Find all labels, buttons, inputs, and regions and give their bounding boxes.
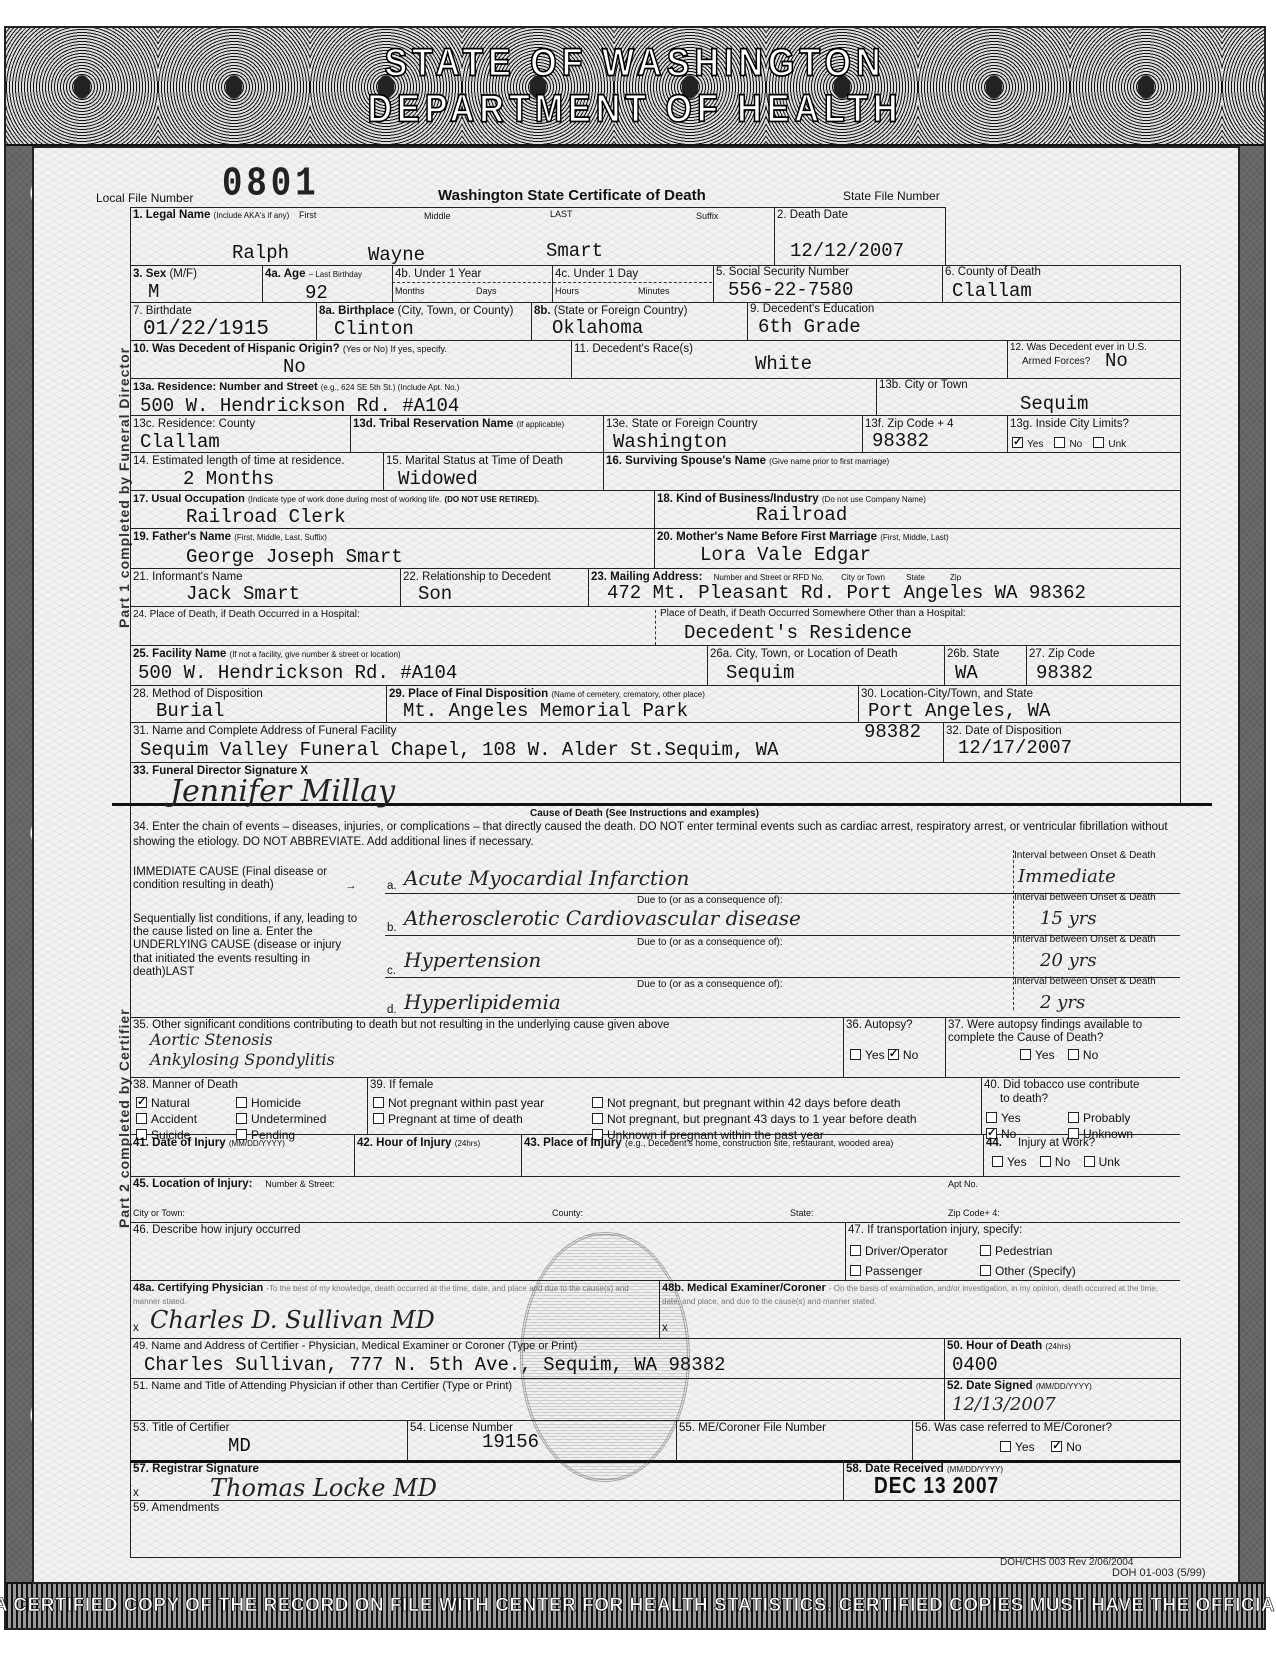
interval-b-value: 15 yrs <box>1040 908 1097 929</box>
cause-b-value: Atherosclerotic Cardiovascular disease <box>404 906 801 930</box>
marital-status-label: 15. Marital Status at Time of Death <box>386 455 563 468</box>
cause-a-value: Acute Myocardial Infarction <box>404 866 689 890</box>
hour-of-death-label: 50. Hour of Death (24hrs) <box>947 1340 1071 1353</box>
certifying-physician-signature: Charles D. Sullivan MD <box>150 1306 435 1334</box>
medical-examiner-label: 48b. Medical Examiner/Coroner - On the b… <box>662 1282 1177 1308</box>
form-number: DOH 01-003 (5/99) <box>1112 1567 1206 1579</box>
certificate-title: Washington State Certificate of Death <box>438 187 706 204</box>
death-city-value: Sequim <box>726 664 794 683</box>
birthplace-label: 8a. Birthplace (City, Town, or County) <box>319 305 514 318</box>
first-name-value: Ralph <box>232 244 289 263</box>
relationship-value: Son <box>418 585 452 604</box>
autopsy-findings-options: Yes No <box>1020 1048 1098 1062</box>
death-city-label: 26a. City, Town, or Location of Death <box>710 648 898 661</box>
state-file-label: State File Number <box>843 190 940 204</box>
inside-city-limits-options: Yes No Unk <box>1012 437 1126 450</box>
death-zip-value: 98382 <box>1036 664 1093 683</box>
city-limits-yes-checkbox[interactable]: Yes <box>1012 439 1043 450</box>
father-name-value: George Joseph Smart <box>186 548 403 567</box>
other-place-label: Place of Death, if Death Occurred Somewh… <box>660 608 966 620</box>
inside-city-limits-label: 13g. Inside City Limits? <box>1010 418 1129 431</box>
hispanic-origin-value: No <box>283 358 306 377</box>
middle-name-value: Wayne <box>368 246 425 265</box>
transportation-label: 47. If transportation injury, specify: <box>848 1224 1022 1237</box>
autopsy-options: Yes No <box>850 1048 918 1062</box>
sequential-label: Sequentially list conditions, if any, le… <box>133 913 363 979</box>
interval-c-value: 20 yrs <box>1040 950 1097 971</box>
work-unk-checkbox[interactable]: Unk <box>1084 1155 1120 1169</box>
female-options-left: Not pregnant within past year Pregnant a… <box>373 1095 544 1127</box>
certifier-title-label: 53. Title of Certifier <box>133 1422 230 1435</box>
under-1-year-label: 4b. Under 1 Year <box>395 268 481 281</box>
residence-city-label: 13b. City or Town <box>879 379 968 392</box>
registrar-signature: Thomas Locke MD <box>210 1474 437 1502</box>
disposition-place-value: Mt. Angeles Memorial Park <box>403 702 688 721</box>
findings-yes-checkbox[interactable]: Yes <box>1020 1048 1055 1062</box>
funeral-director-signature: Jennifer Millay <box>170 774 395 809</box>
disposition-method-value: Burial <box>156 702 224 721</box>
funeral-facility-label: 31. Name and Complete Address of Funeral… <box>133 725 396 738</box>
disposition-zip-value: 98382 <box>864 723 921 742</box>
cause-c-value: Hypertension <box>404 948 541 972</box>
if-female-label: 39. If female <box>370 1079 433 1092</box>
work-no-checkbox[interactable]: No <box>1040 1155 1070 1169</box>
me-referral-no-checkbox[interactable]: No <box>1051 1440 1081 1454</box>
official-seal <box>520 1232 690 1482</box>
sex-label: 3. Sex (M/F) <box>133 268 197 281</box>
sex-value: M <box>148 283 159 302</box>
work-yes-checkbox[interactable]: Yes <box>992 1155 1027 1169</box>
death-date-label: 2. Death Date <box>777 209 848 222</box>
hour-of-death-value: 0400 <box>952 1356 998 1375</box>
armed-forces-value: No <box>1105 352 1128 371</box>
hispanic-origin-label: 10. Was Decedent of Hispanic Origin? (Ye… <box>133 343 447 356</box>
age-label: 4a. Age – Last Birthday <box>265 268 362 281</box>
female-options-right: Not pregnant, but pregnant within 42 day… <box>592 1095 917 1143</box>
interval-d-value: 2 yrs <box>1040 992 1085 1013</box>
header-banner: STATE OF WASHINGTON DEPARTMENT OF HEALTH <box>6 28 1264 146</box>
me-referral-yes-checkbox[interactable]: Yes <box>1000 1440 1035 1454</box>
marital-status-value: Widowed <box>398 470 478 489</box>
residence-street-label: 13a. Residence: Number and Street (e.g.,… <box>133 381 459 394</box>
certified-copy-notice: THIS IS A CERTIFIED COPY OF THE RECORD O… <box>0 1595 1276 1617</box>
under-1-day-label: 4c. Under 1 Day <box>555 268 638 281</box>
interval-a-value: Immediate <box>1018 866 1116 887</box>
residence-street-value: 500 W. Hendrickson Rd. #A104 <box>140 397 459 416</box>
age-value: 92 <box>305 284 328 303</box>
hospital-place-label: 24. Place of Death, if Death Occurred in… <box>133 609 360 621</box>
tobacco-yes-checkbox[interactable]: Yes <box>986 1110 1068 1126</box>
attending-physician-label: 51. Name and Title of Attending Physicia… <box>133 1380 512 1393</box>
county-of-death-label: 6. County of Death <box>945 266 1041 279</box>
me-file-number-label: 55. ME/Coroner File Number <box>679 1422 826 1435</box>
zip-code-value: 98382 <box>872 432 929 451</box>
date-received-value: DEC 13 2007 <box>874 1474 999 1500</box>
pregnant-42-days-checkbox[interactable]: Not pregnant, but pregnant within 42 day… <box>592 1095 917 1111</box>
ssn-value: 556-22-7580 <box>728 281 853 300</box>
occupation-label: 17. Usual Occupation (Indicate type of w… <box>133 493 539 506</box>
tribal-reservation-label: 13d. Tribal Reservation Name (if applica… <box>353 418 564 431</box>
facility-name-label: 25. Facility Name (If not a facility, gi… <box>133 648 401 661</box>
race-label: 11. Decedent's Race(s) <box>574 343 693 356</box>
facility-name-value: 500 W. Hendrickson Rd. #A104 <box>138 664 457 683</box>
certifier-title-value: MD <box>228 1437 251 1456</box>
residence-state-value: Washington <box>613 433 727 452</box>
other-conditions-line2: Ankylosing Spondylitis <box>150 1050 335 1069</box>
residence-city-value: Sequim <box>1020 395 1088 414</box>
city-limits-no-checkbox[interactable]: No <box>1054 439 1082 450</box>
cause-instructions: 34. Enter the chain of events – diseases… <box>133 820 1183 850</box>
manner-homicide-checkbox[interactable]: Homicide <box>236 1096 301 1110</box>
pregnant-checkbox[interactable]: Pregnant at time of death <box>373 1111 544 1127</box>
other-place-value: Decedent's Residence <box>684 624 912 643</box>
disposition-location-value: Port Angeles, WA <box>868 702 1050 721</box>
date-signed-value: 12/13/2007 <box>952 1394 1056 1415</box>
findings-no-checkbox[interactable]: No <box>1068 1048 1098 1062</box>
banner-state: STATE OF WASHINGTON <box>384 37 885 90</box>
me-referral-label: 56. Was case referred to ME/Coroner? <box>915 1422 1112 1435</box>
residence-state-label: 13e. State or Foreign Country <box>606 418 758 431</box>
pedestrian-checkbox[interactable]: Pedestrian <box>980 1244 1052 1258</box>
injury-description-label: 46. Describe how injury occurred <box>133 1224 300 1237</box>
informant-name-value: Jack Smart <box>186 585 300 604</box>
business-industry-value: Railroad <box>756 506 847 525</box>
injury-hour-label: 42. Hour of Injury (24hrs) <box>357 1137 480 1150</box>
autopsy-label: 36. Autopsy? <box>846 1019 913 1032</box>
birthdate-label: 7. Birthdate <box>133 305 192 318</box>
other-conditions-line1: Aortic Stenosis <box>150 1030 273 1049</box>
tobacco-label: 40. Did tobacco use contribute <box>984 1079 1139 1092</box>
immediate-cause-label: IMMEDIATE CAUSE (Final disease or condit… <box>133 866 353 892</box>
mother-name-value: Lora Vale Edgar <box>700 546 871 565</box>
footer-band: THIS IS A CERTIFIED COPY OF THE RECORD O… <box>6 1582 1264 1628</box>
ssn-label: 5. Social Security Number <box>716 266 849 279</box>
not-pregnant-checkbox[interactable]: Not pregnant within past year <box>373 1095 544 1111</box>
legal-name-label: 1. Legal Name (Include AKA's if any) Fir… <box>133 209 316 222</box>
birthplace-value: Clinton <box>334 320 414 339</box>
funeral-facility-value: Sequim Valley Funeral Chapel, 108 W. Ald… <box>140 741 779 760</box>
time-at-residence-value: 2 Months <box>183 470 274 489</box>
mother-name-label: 20. Mother's Name Before First Marriage … <box>657 531 949 544</box>
injury-at-work-label: 44. Injury at Work? <box>986 1137 1095 1150</box>
residence-county-label: 13c. Residence: County <box>133 418 255 431</box>
tobacco-probably-checkbox[interactable]: Probably <box>1068 1111 1130 1125</box>
injury-at-work-options: Yes No Unk <box>992 1155 1120 1169</box>
manner-of-death-label: 38. Manner of Death <box>133 1079 238 1092</box>
education-label: 9. Decedent's Education <box>750 303 874 316</box>
spouse-name-label: 16. Surviving Spouse's Name (Give name p… <box>606 455 889 468</box>
mailing-address-value: 472 Mt. Pleasant Rd. Port Angeles WA 983… <box>607 584 1086 603</box>
cause-of-death-title: Cause of Death (See Instructions and exa… <box>530 808 759 820</box>
local-file-label: Local File Number <box>96 192 193 206</box>
time-at-residence-label: 14. Estimated length of time at residenc… <box>133 455 345 468</box>
education-value: 6th Grade <box>758 318 861 337</box>
last-name-value: Smart <box>546 242 603 261</box>
transportation-options: Driver/OperatorPedestrian PassengerOther… <box>850 1241 1076 1281</box>
birth-state-value: Oklahoma <box>552 319 643 338</box>
passenger-checkbox[interactable]: Passenger <box>850 1261 980 1281</box>
death-date-value: 12/12/2007 <box>790 242 904 261</box>
other-transport-checkbox[interactable]: Other (Specify) <box>980 1264 1076 1278</box>
amendments-label: 59. Amendments <box>133 1502 219 1515</box>
county-of-death-value: Clallam <box>952 282 1032 301</box>
birthdate-value: 01/22/1915 <box>143 319 269 340</box>
death-zip-label: 27. Zip Code <box>1029 648 1095 661</box>
city-limits-unk-checkbox[interactable]: Unk <box>1093 439 1126 450</box>
date-signed-label: 52. Date Signed (MM/DD/YYYY) <box>947 1380 1092 1393</box>
death-state-label: 26b. State <box>947 648 999 661</box>
license-number-value: 19156 <box>482 1433 539 1452</box>
occupation-value: Railroad Clerk <box>186 508 346 527</box>
autopsy-findings-label: 37. Were autopsy findings available to c… <box>948 1019 1178 1045</box>
manner-accident-checkbox[interactable]: Accident <box>136 1111 236 1127</box>
death-state-value: WA <box>955 664 978 683</box>
arrow-icon: → <box>345 880 357 893</box>
injury-place-label: 43. Place of Injury (e.g., Decedent's ho… <box>524 1137 893 1150</box>
autopsy-no-checkbox[interactable]: No <box>888 1048 918 1062</box>
banner-department: DEPARTMENT OF HEALTH <box>367 83 902 136</box>
disposition-date-value: 12/17/2007 <box>958 739 1072 758</box>
injury-date-label: 41. Date of Injury (MM/DD/YYYY) <box>133 1137 285 1150</box>
manner-natural-checkbox[interactable]: Natural <box>136 1095 236 1111</box>
father-name-label: 19. Father's Name (First, Middle, Last, … <box>133 531 327 544</box>
me-referral-options: Yes No <box>1000 1440 1082 1454</box>
local-file-number: 0801 <box>222 162 320 208</box>
cause-d-value: Hyperlipidemia <box>404 990 561 1014</box>
pregnant-43-days-checkbox[interactable]: Not pregnant, but pregnant 43 days to 1 … <box>592 1111 917 1127</box>
manner-undetermined-checkbox[interactable]: Undetermined <box>236 1112 326 1126</box>
residence-county-value: Clallam <box>140 433 220 452</box>
race-value: White <box>755 355 812 374</box>
injury-location-label: 45. Location of Injury: Number & Street: <box>133 1178 335 1191</box>
driver-checkbox[interactable]: Driver/Operator <box>850 1241 980 1261</box>
autopsy-yes-checkbox[interactable]: Yes <box>850 1048 885 1062</box>
certifier-name-label: 49. Name and Address of Certifier - Phys… <box>133 1340 577 1353</box>
manner-options: NaturalHomicide AccidentUndetermined Sui… <box>136 1095 326 1143</box>
